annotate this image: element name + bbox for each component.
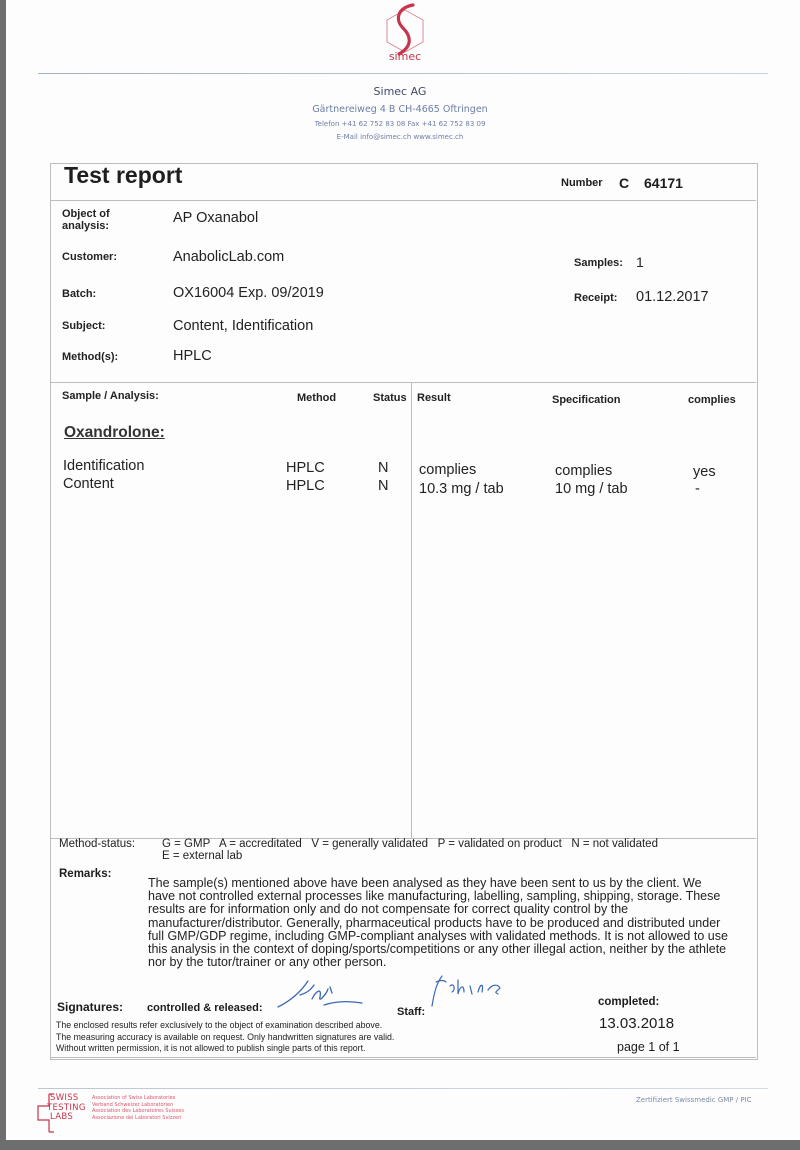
row-result: 10.3 mg / tab [419, 481, 504, 497]
assoc-line: Associazione dei Laboratori Svizzeri [92, 1115, 184, 1122]
controlled-released-label: controlled & released: [147, 1002, 263, 1014]
fine-print-line: The measuring accuracy is available on r… [56, 1032, 394, 1044]
object-label-line1: Object of [62, 208, 110, 220]
receipt-label: Receipt: [574, 292, 617, 304]
completed-label: completed: [598, 996, 659, 1008]
row-method: HPLC [286, 460, 325, 476]
divider [50, 382, 756, 383]
row-method: HPLC [286, 478, 325, 494]
fine-print: The enclosed results refer exclusively t… [56, 1020, 394, 1055]
remarks-label: Remarks: [59, 868, 111, 880]
divider [50, 200, 756, 201]
method-status-label: Method-status: [59, 838, 135, 850]
row-analysis: Identification [63, 458, 144, 474]
col-header-status: Status [373, 392, 407, 404]
assoc-line: Association des Laboratoires Suisses [92, 1108, 184, 1115]
methods-label: Method(s): [62, 351, 118, 363]
batch-value: OX16004 Exp. 09/2019 [173, 285, 324, 301]
company-email-web: E-Mail info@simec.ch www.simec.ch [0, 133, 800, 141]
signature-controller-icon [270, 975, 370, 1015]
company-phone-fax: Telefon +41 62 752 83 08 Fax +41 62 752 … [0, 120, 800, 128]
association-names: Association of Swiss Laboratories Verban… [92, 1095, 184, 1121]
method-status-line2: E = external lab [162, 850, 742, 862]
completed-date: 13.03.2018 [599, 1015, 674, 1032]
object-label-line2: analysis: [62, 220, 110, 232]
method-status-legend: G = GMP A = accreditated V = generally v… [162, 838, 742, 862]
stl-line: LABS [50, 1113, 86, 1123]
fine-print-line: The enclosed results refer exclusively t… [56, 1020, 394, 1032]
methods-value: HPLC [173, 348, 212, 364]
row-result: complies [419, 462, 476, 478]
report-number-label: Number [561, 177, 603, 189]
signatures-label: Signatures: [57, 1000, 123, 1014]
fine-print-line: Without written permission, it is not al… [56, 1043, 394, 1055]
receipt-value: 01.12.2017 [636, 289, 709, 305]
report-number: 64171 [644, 175, 683, 191]
row-complies: - [695, 481, 700, 497]
row-status: N [378, 460, 388, 476]
company-name: Simec AG [0, 85, 800, 98]
remarks-text: The sample(s) mentioned above have been … [148, 877, 728, 969]
samples-label: Samples: [574, 257, 623, 269]
method-status-line1: G = GMP A = accreditated V = generally v… [162, 838, 742, 850]
header-rule [38, 73, 768, 74]
row-specification: complies [555, 463, 612, 479]
divider [411, 382, 412, 838]
report-number-prefix: C [619, 175, 629, 191]
row-complies: yes [693, 464, 716, 480]
batch-label: Batch: [62, 288, 96, 300]
substance-heading: Oxandrolone: [64, 424, 165, 442]
assoc-line: Association of Swiss Laboratories [92, 1095, 184, 1102]
footer-rule [38, 1088, 768, 1089]
company-address: Gärtnereiweg 4 B CH-4665 Oftringen [0, 104, 800, 115]
row-status: N [378, 478, 388, 494]
row-specification: 10 mg / tab [555, 481, 628, 497]
customer-label: Customer: [62, 251, 117, 263]
certification-note: Zertifiziert Swissmedic GMP / PIC [636, 1096, 752, 1104]
col-header-specification: Specification [552, 394, 620, 406]
page-title: Test report [64, 162, 182, 189]
subject-label: Subject: [62, 320, 105, 332]
page-number: page 1 of 1 [617, 1040, 680, 1054]
divider [50, 1057, 756, 1058]
swiss-testing-labs-text: SWISS TESTING LABS [50, 1094, 86, 1123]
object-label: Object of analysis: [62, 208, 110, 232]
customer-value: AnabolicLab.com [173, 249, 284, 265]
signature-staff-icon [418, 972, 518, 1014]
samples-value: 1 [636, 254, 644, 270]
logo-wordmark: simec [380, 50, 430, 63]
col-header-result: Result [417, 392, 451, 404]
subject-value: Content, Identification [173, 318, 313, 334]
object-value: AP Oxanabol [173, 210, 258, 226]
row-analysis: Content [63, 476, 114, 492]
col-header-sample: Sample / Analysis: [62, 390, 159, 402]
col-header-complies: complies [688, 394, 736, 406]
col-header-method: Method [297, 392, 336, 404]
